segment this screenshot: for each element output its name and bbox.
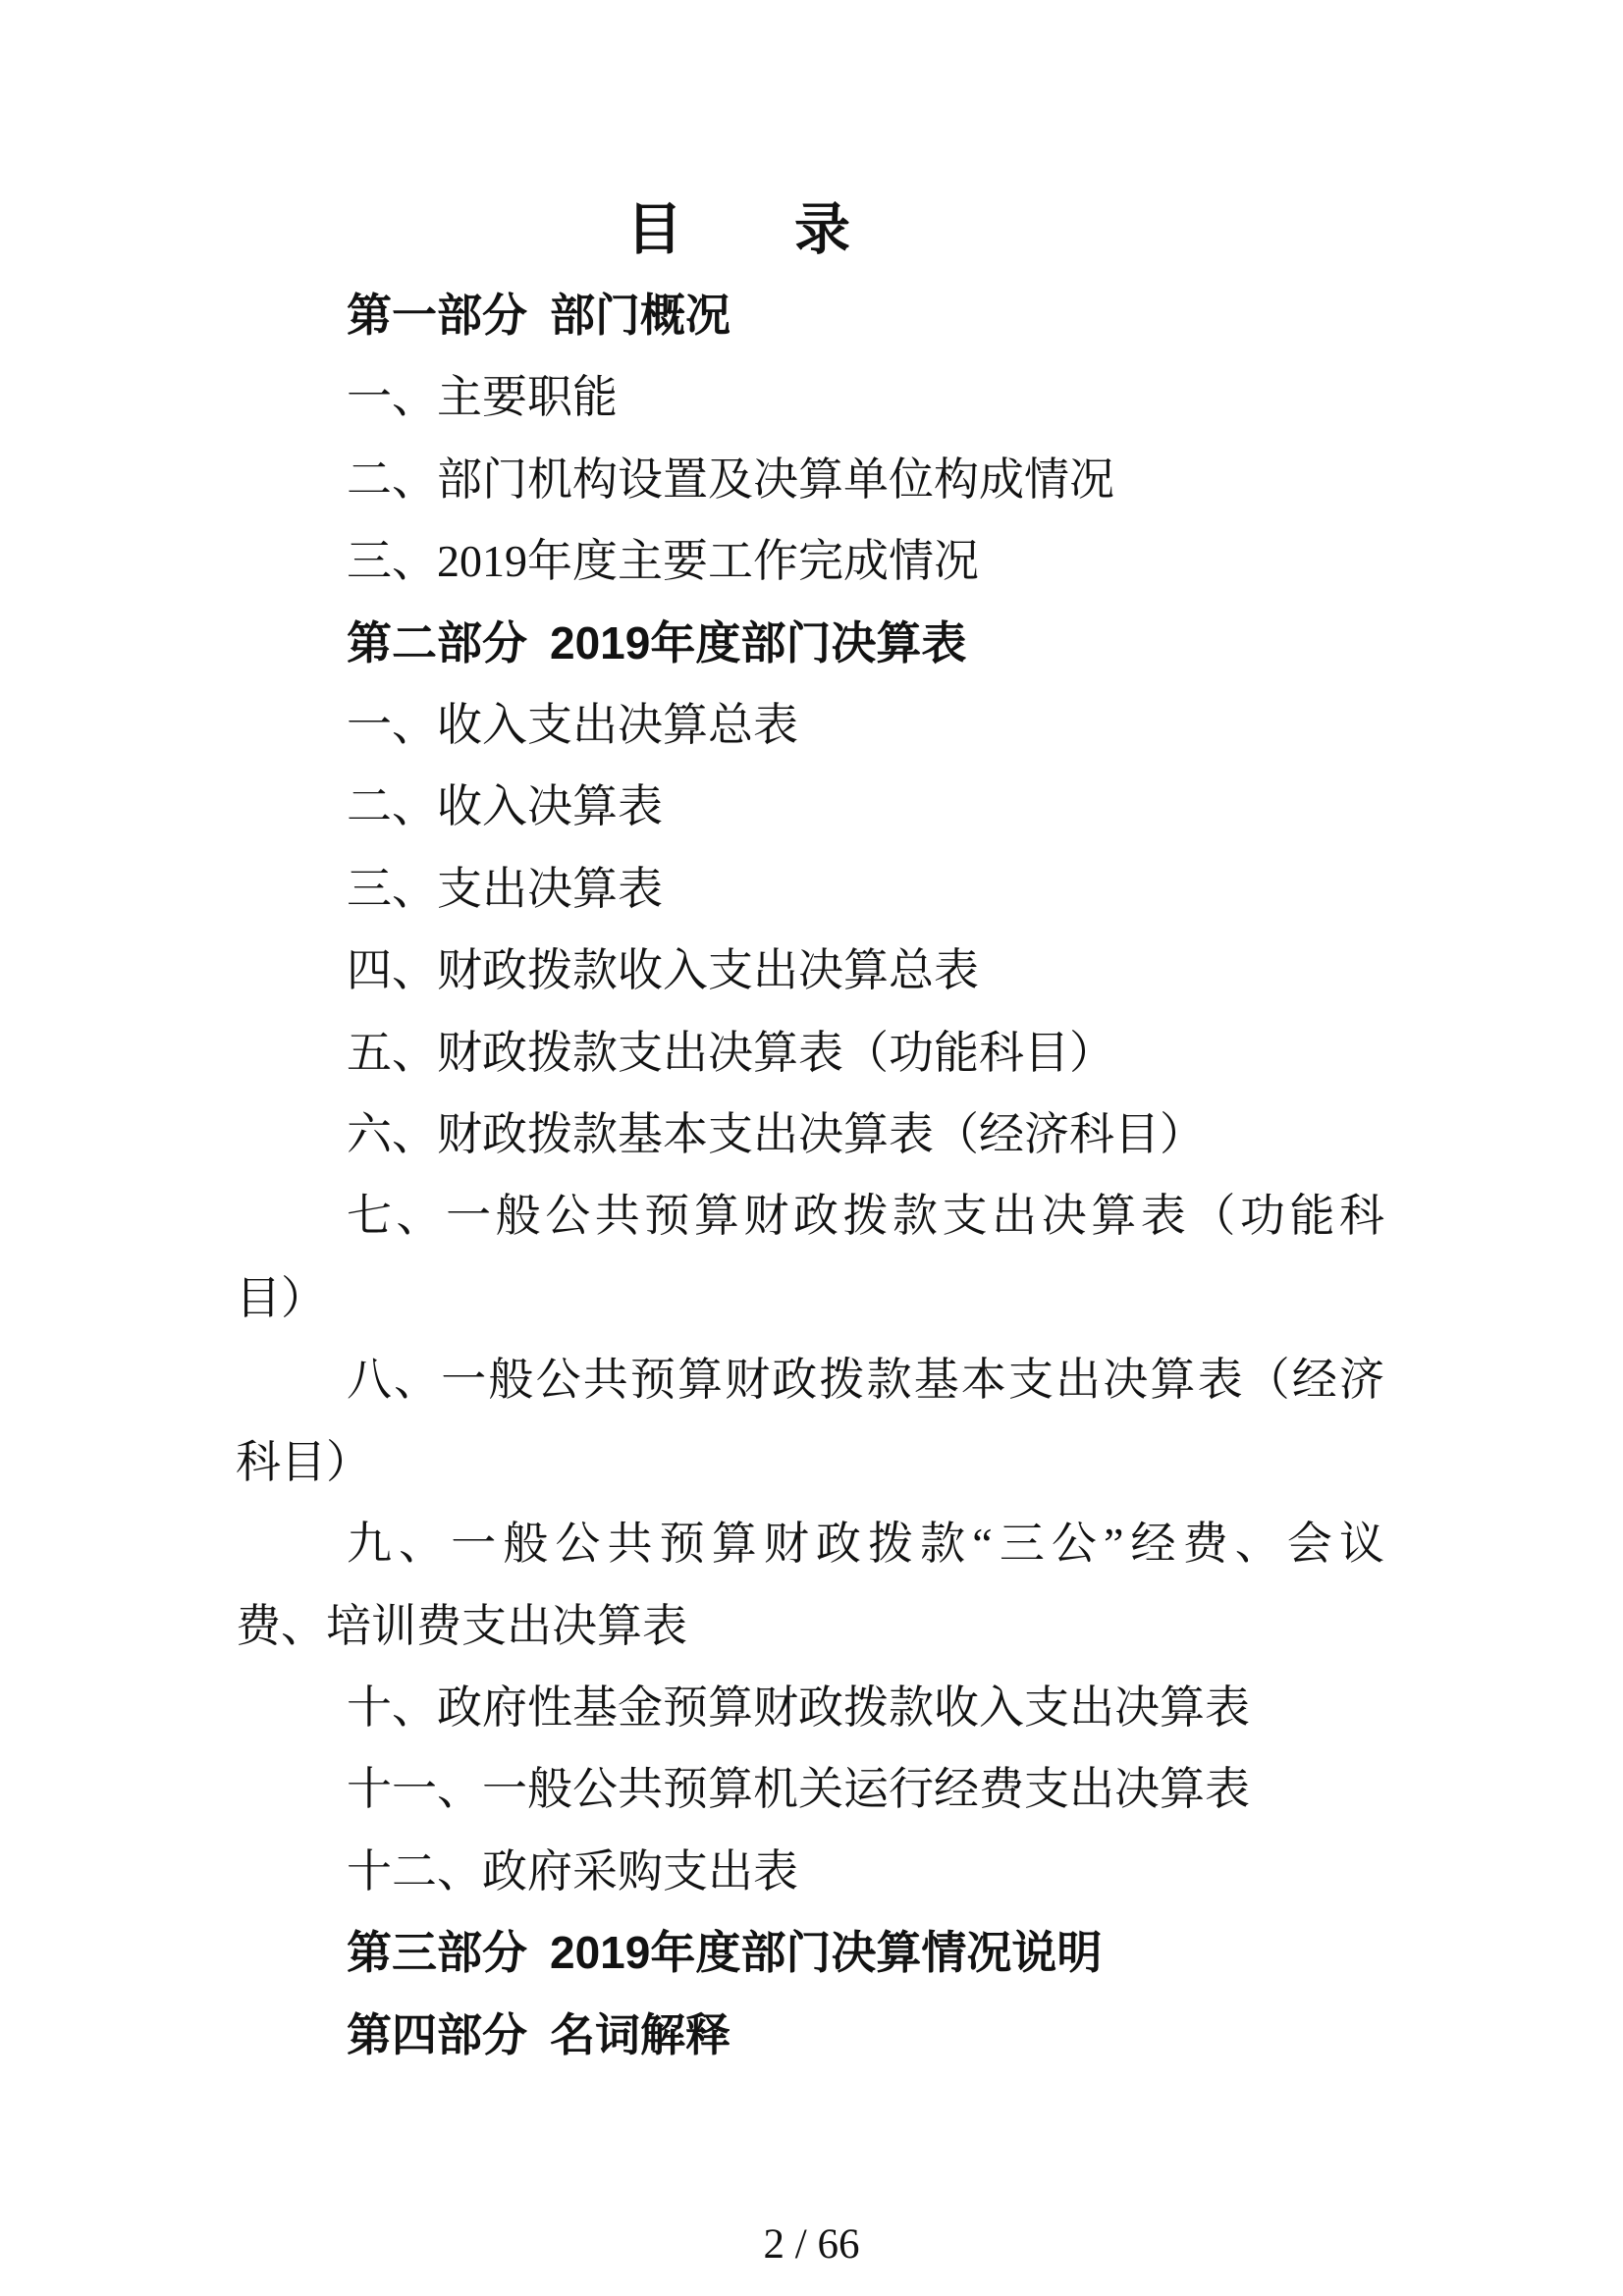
toc-entry-continuation: 科目）: [236, 1421, 1384, 1503]
toc-entry: 二、部门机构设置及决算单位构成情况: [236, 439, 1384, 520]
toc-section-heading: 第一部分 部门概况: [236, 275, 1384, 356]
toc-section-heading: 第二部分 2019年度部门决算表: [236, 603, 1384, 684]
toc-entry: 八、一般公共预算财政拨款基本支出决算表（经济: [236, 1339, 1384, 1420]
page-number: 2 / 66: [0, 2220, 1623, 2269]
toc-entry: 二、收入决算表: [236, 766, 1384, 847]
toc-list: 第一部分 部门概况 一、主要职能 二、部门机构设置及决算单位构成情况 三、201…: [236, 275, 1384, 2076]
toc-entry-continuation: 目）: [236, 1257, 1384, 1339]
page-title: 目 录: [164, 188, 1313, 271]
toc-entry: 十二、政府采购支出表: [236, 1831, 1384, 1912]
toc-entry: 一、收入支出决算总表: [236, 684, 1384, 766]
toc-entry-continuation: 费、培训费支出决算表: [236, 1585, 1384, 1667]
toc-entry: 四、财政拨款收入支出决算总表: [236, 930, 1384, 1011]
toc-entry: 五、财政拨款支出决算表（功能科目）: [236, 1012, 1384, 1094]
toc-entry: 六、财政拨款基本支出决算表（经济科目）: [236, 1094, 1384, 1175]
toc-entry: 九、一般公共预算财政拨款“三公”经费、会议: [236, 1503, 1384, 1584]
toc-entry: 三、2019年度主要工作完成情况: [236, 520, 1384, 602]
toc-entry: 七、一般公共预算财政拨款支出决算表（功能科: [236, 1175, 1384, 1256]
toc-entry: 十一、一般公共预算机关运行经费支出决算表: [236, 1748, 1384, 1830]
toc-section-heading: 第三部分 2019年度部门决算情况说明: [236, 1912, 1384, 1994]
toc-entry: 一、主要职能: [236, 356, 1384, 438]
toc-entry: 三、支出决算表: [236, 848, 1384, 930]
toc-entry: 十、政府性基金预算财政拨款收入支出决算表: [236, 1667, 1384, 1748]
toc-section-heading: 第四部分 名词解释: [236, 1995, 1384, 2076]
